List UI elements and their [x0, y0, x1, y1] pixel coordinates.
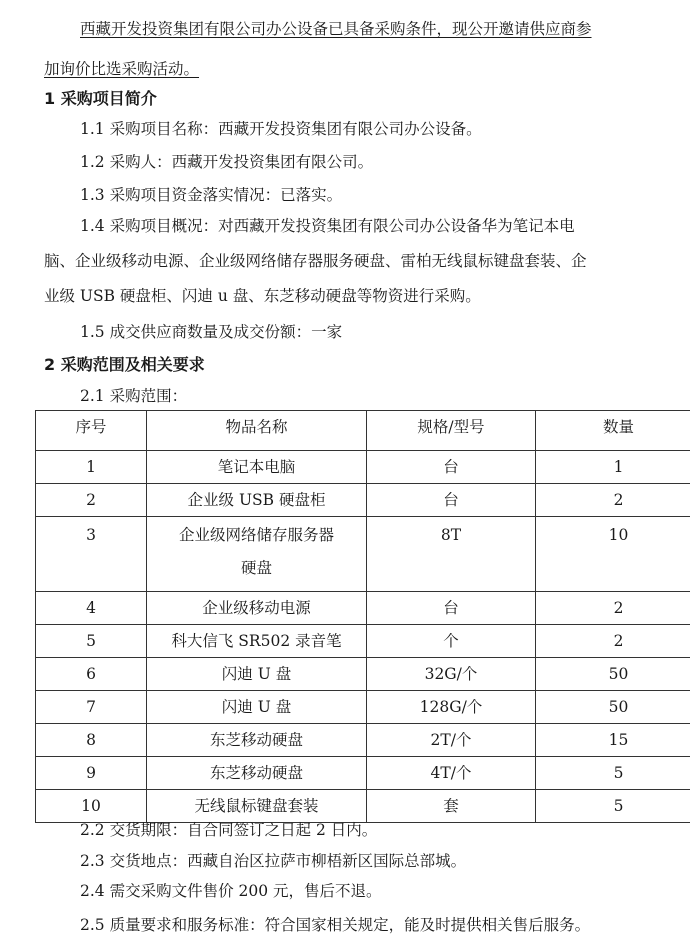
header-quantity: 数量	[536, 411, 690, 451]
item-1-2: 1.2 采购人：西藏开发投资集团有限公司。	[80, 152, 373, 172]
item-1-1: 1.1 采购项目名称：西藏开发投资集团有限公司办公设备。	[80, 119, 482, 139]
cell-quantity: 10	[536, 517, 690, 592]
table-row: 8 东芝移动硬盘 2T/个 15	[36, 724, 690, 757]
cell-index: 7	[36, 691, 147, 724]
header-index: 序号	[36, 411, 147, 451]
cell-quantity: 50	[536, 658, 690, 691]
cell-quantity: 5	[536, 757, 690, 790]
cell-index: 3	[36, 517, 147, 592]
table-row: 10 无线鼠标键盘套装 套 5	[36, 790, 690, 823]
item-1-5: 1.5 成交供应商数量及成交份额：一家	[80, 322, 342, 342]
table-row: 2 企业级 USB 硬盘柜 台 2	[36, 484, 690, 517]
cell-spec: 套	[367, 790, 536, 823]
cell-item-name: 科大信飞 SR502 录音笔	[147, 625, 367, 658]
cell-index: 4	[36, 592, 147, 625]
cell-quantity: 15	[536, 724, 690, 757]
item-2-3: 2.3 交货地点：西藏自治区拉萨市柳梧新区国际总部城。	[80, 851, 466, 871]
table-row: 9 东芝移动硬盘 4T/个 5	[36, 757, 690, 790]
cell-item-name: 笔记本电脑	[147, 451, 367, 484]
item-2-1: 2.1 采购范围：	[80, 386, 187, 406]
item-1-3: 1.3 采购项目资金落实情况：已落实。	[80, 185, 342, 205]
cell-quantity: 2	[536, 592, 690, 625]
cell-item-name: 东芝移动硬盘	[147, 724, 367, 757]
item-2-2: 2.2 交货期限：自合同签订之日起 2 日内。	[80, 820, 377, 840]
table-row: 1 笔记本电脑 台 1	[36, 451, 690, 484]
cell-spec: 台	[367, 484, 536, 517]
item-2-5: 2.5 质量要求和服务标准：符合国家相关规定，能及时提供相关售后服务。	[80, 915, 590, 935]
table-row: 7 闪迪 U 盘 128G/个 50	[36, 691, 690, 724]
item-2-4: 2.4 需交采购文件售价 200 元，售后不退。	[80, 881, 382, 901]
cell-spec: 台	[367, 451, 536, 484]
section-1-heading: 1 采购项目简介	[44, 89, 157, 109]
cell-item-name: 闪迪 U 盘	[147, 658, 367, 691]
header-spec: 规格/型号	[367, 411, 536, 451]
header-item-name: 物品名称	[147, 411, 367, 451]
item-1-4-line-2: 脑、企业级移动电源、企业级网络储存器服务硬盘、雷柏无线鼠标键盘套装、企	[44, 251, 587, 271]
cell-spec: 128G/个	[367, 691, 536, 724]
cell-spec: 2T/个	[367, 724, 536, 757]
table-row: 5 科大信飞 SR502 录音笔 个 2	[36, 625, 690, 658]
cell-item-name: 企业级网络储存服务器 硬盘	[147, 517, 367, 592]
cell-spec: 台	[367, 592, 536, 625]
item-1-4-line-1: 1.4 采购项目概况：对西藏开发投资集团有限公司办公设备华为笔记本电	[80, 216, 575, 236]
cell-item-name: 企业级 USB 硬盘柜	[147, 484, 367, 517]
cell-item-name: 无线鼠标键盘套装	[147, 790, 367, 823]
intro-line-1: 西藏开发投资集团有限公司办公设备已具备采购条件，现公开邀请供应商参	[80, 19, 592, 39]
section-2-heading: 2 采购范围及相关要求	[44, 355, 205, 375]
table-row: 3 企业级网络储存服务器 硬盘 8T 10	[36, 517, 690, 592]
cell-spec: 8T	[367, 517, 536, 592]
cell-index: 5	[36, 625, 147, 658]
cell-quantity: 2	[536, 625, 690, 658]
item-1-4-line-3: 业级 USB 硬盘柜、闪迪 u 盘、东芝移动硬盘等物资进行采购。	[44, 286, 481, 306]
cell-index: 9	[36, 757, 147, 790]
cell-quantity: 50	[536, 691, 690, 724]
table-row: 4 企业级移动电源 台 2	[36, 592, 690, 625]
cell-quantity: 2	[536, 484, 690, 517]
cell-index: 10	[36, 790, 147, 823]
cell-quantity: 5	[536, 790, 690, 823]
cell-spec: 个	[367, 625, 536, 658]
intro-line-2: 加询价比选采购活动。	[44, 59, 199, 79]
procurement-table: 序号 物品名称 规格/型号 数量 1 笔记本电脑 台 1 2 企业级 USB 硬…	[35, 410, 690, 823]
cell-item-name: 东芝移动硬盘	[147, 757, 367, 790]
cell-item-name: 企业级移动电源	[147, 592, 367, 625]
cell-item-name-line-1: 企业级网络储存服务器	[179, 526, 334, 544]
cell-item-name-line-2: 硬盘	[241, 559, 272, 577]
cell-spec: 4T/个	[367, 757, 536, 790]
cell-item-name: 闪迪 U 盘	[147, 691, 367, 724]
cell-index: 8	[36, 724, 147, 757]
cell-spec: 32G/个	[367, 658, 536, 691]
cell-index: 6	[36, 658, 147, 691]
table-row: 6 闪迪 U 盘 32G/个 50	[36, 658, 690, 691]
table-header-row: 序号 物品名称 规格/型号 数量	[36, 411, 690, 451]
cell-index: 1	[36, 451, 147, 484]
cell-quantity: 1	[536, 451, 690, 484]
cell-index: 2	[36, 484, 147, 517]
